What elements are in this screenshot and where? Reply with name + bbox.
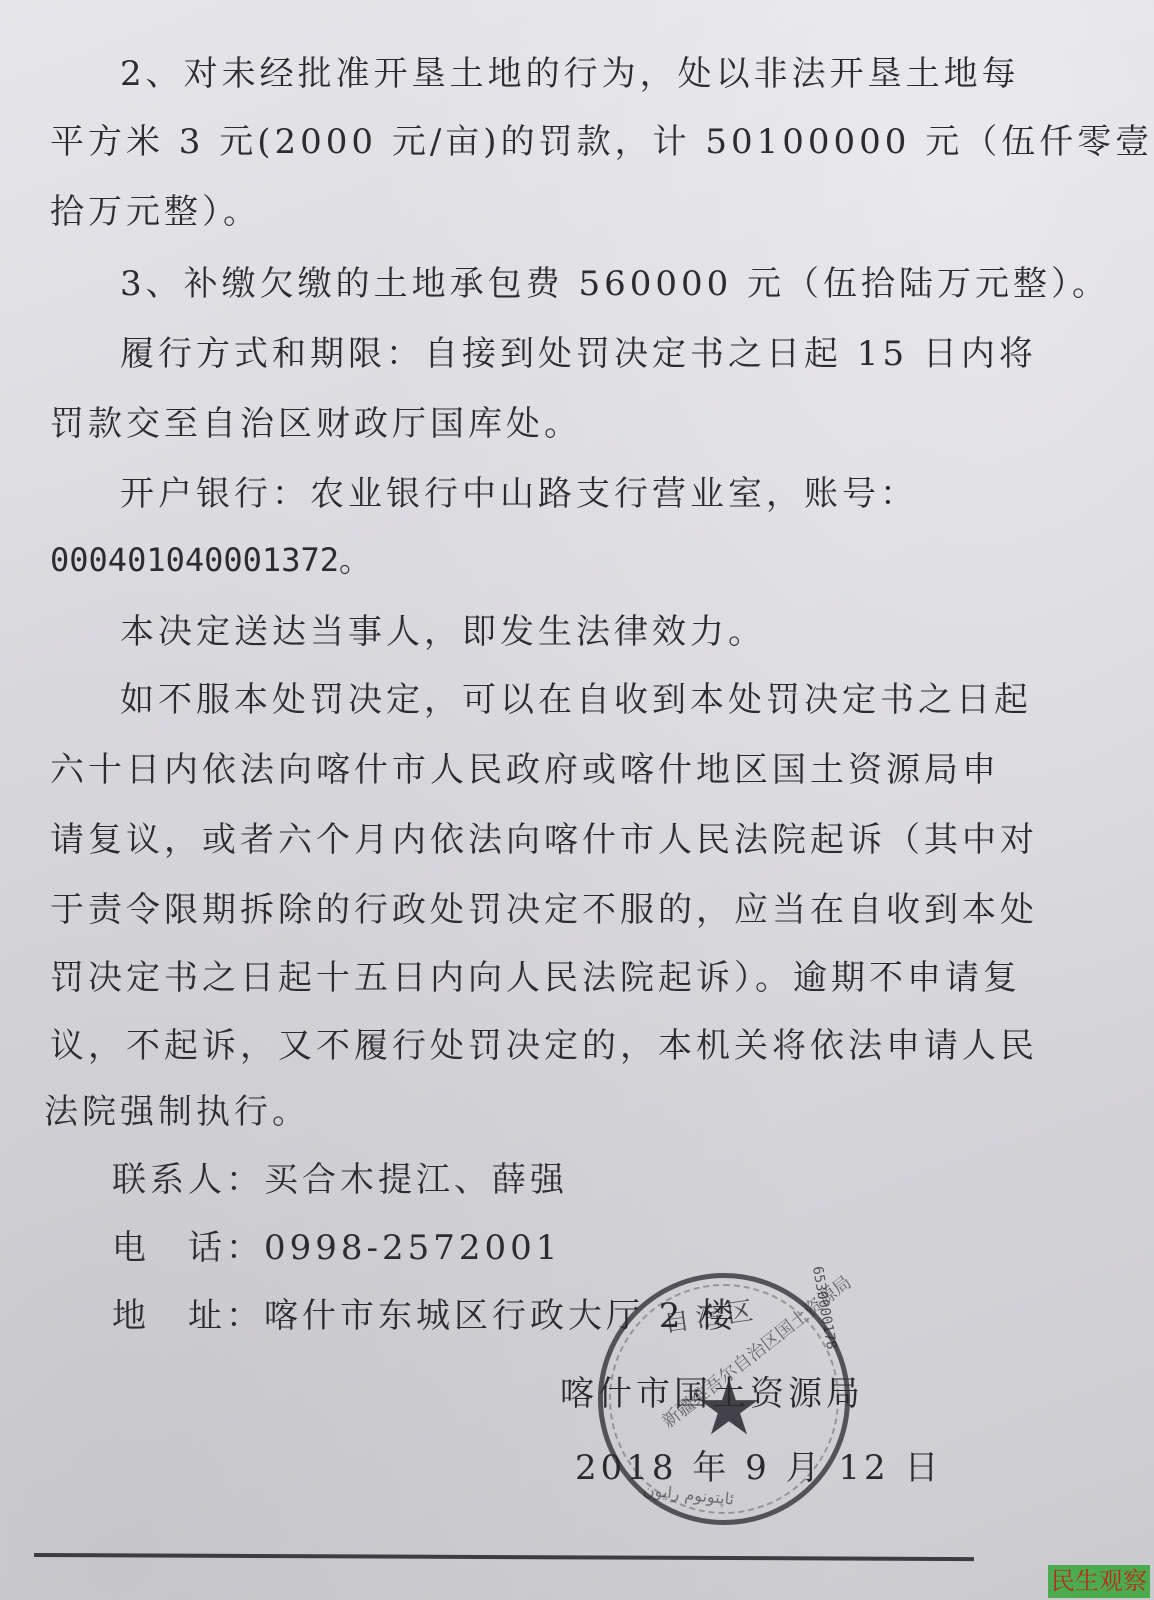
effect-line1: 本决定送达当事人，即发生法律效力。 bbox=[120, 612, 766, 652]
contact-person-label: 联系人： bbox=[112, 1160, 264, 1200]
item2-line2: 平方米 3 元(2000 元/亩)的罚款，计 50100000 元（伍仟零壹 bbox=[50, 122, 1153, 162]
item2-line1: 2、对未经批准开垦土地的行为，处以非法开垦土地每 bbox=[120, 54, 1020, 94]
contact-phone: 电 话：0998-2572001 bbox=[112, 1228, 561, 1268]
item2-line3: 拾万元整）。 bbox=[50, 192, 261, 232]
bank-account-number: 000401040001372。 bbox=[50, 540, 371, 580]
bottom-divider bbox=[34, 1553, 974, 1561]
signing-organization: 喀什市国土资源局 bbox=[560, 1366, 864, 1415]
contact-phone-value: 0998-2572001 bbox=[264, 1228, 561, 1268]
payment-line1: 履行方式和期限：自接到处罚决定书之日起 15 日内将 bbox=[120, 334, 1037, 374]
signing-date: 2018 年 9 月 12 日 bbox=[575, 1440, 942, 1489]
contact-person: 联系人：买合木提江、薛强 bbox=[112, 1160, 568, 1200]
appeal-line2: 六十日内依法向喀什市人民政府或喀什地区国土资源局申 bbox=[50, 750, 1000, 790]
contact-person-value: 买合木提江、薛强 bbox=[264, 1160, 568, 1200]
appeal-line4: 于责令限期拆除的行政处罚决定不服的，应当在自收到本处 bbox=[50, 890, 1038, 930]
contact-phone-label: 电 话： bbox=[112, 1228, 264, 1268]
appeal-line7: 法院强制执行。 bbox=[44, 1092, 310, 1132]
appeal-line3: 请复议，或者六个月内依法向喀什市人民法院起诉（其中对 bbox=[50, 820, 1038, 860]
appeal-line5: 罚决定书之日起十五日内向人民法院起诉）。逾期不申请复 bbox=[50, 958, 1021, 998]
paper-background bbox=[0, 0, 1154, 1600]
watermark-badge: 民生观察 bbox=[1048, 1565, 1150, 1598]
appeal-line6: 议，不起诉，又不履行处罚决定的，本机关将依法申请人民 bbox=[50, 1026, 1038, 1066]
payment-line2: 罚款交至自治区财政厅国库处。 bbox=[50, 404, 582, 444]
bank-line1: 开户银行：农业银行中山路支行营业室，账号： bbox=[120, 474, 918, 514]
appeal-line1: 如不服本处罚决定，可以在自收到本处罚决定书之日起 bbox=[120, 680, 1032, 720]
item3-line1: 3、补缴欠缴的土地承包费 560000 元（伍拾陆万元整）。 bbox=[120, 264, 1110, 304]
contact-address-label: 地 址： bbox=[112, 1296, 264, 1336]
